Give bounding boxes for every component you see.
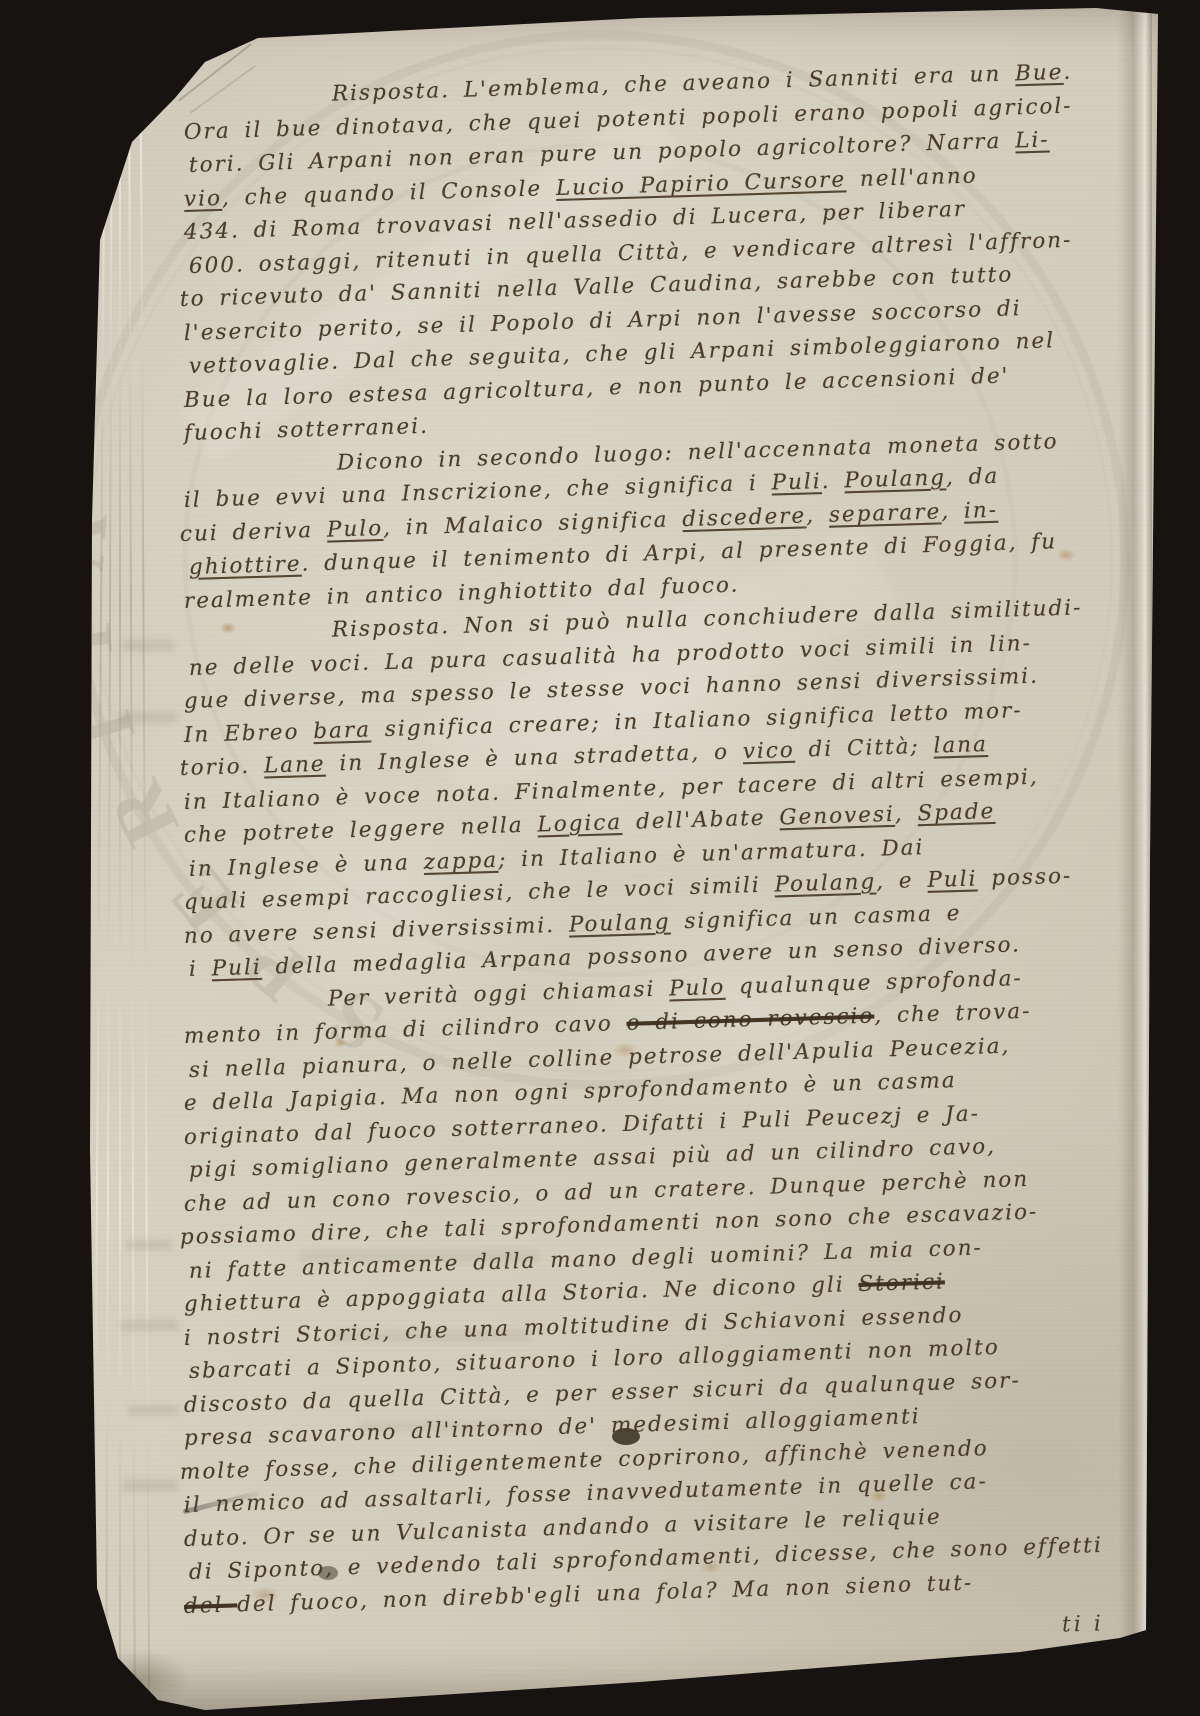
underlined-word: bara — [313, 717, 371, 744]
text-segment: che potrete leggere nella — [184, 813, 538, 848]
text-segment: dell'Abate — [622, 805, 780, 835]
underlined-word: Pulo — [669, 974, 726, 1001]
underlined-word: Genovesi — [779, 802, 895, 830]
page-stack-edge — [140, 118, 150, 1698]
bleed-through-text — [120, 1320, 178, 1331]
text-segment: . — [821, 468, 844, 494]
underlined-word: Logica — [537, 810, 622, 838]
catchword: ti i — [1062, 1611, 1105, 1637]
text-segment: posso- — [977, 864, 1073, 892]
underlined-word: Poulang — [569, 909, 671, 937]
text-segment: i — [189, 956, 212, 982]
manuscript-page: SPERITA — [0, 0, 1200, 1716]
text-segment: in Inglese è una — [189, 850, 424, 882]
underlined-word: lana — [933, 732, 988, 759]
underlined-word: vico — [742, 738, 795, 765]
manuscript-scan: SPERITA — [0, 0, 1200, 1716]
page-stack-edge — [93, 170, 105, 1630]
handwritten-text: Risposta. L'emblema, che aveano i Sannit… — [184, 82, 1144, 1623]
underlined-word: vio — [184, 185, 223, 211]
underlined-word: Puli — [927, 866, 978, 892]
page-stack-edge — [128, 130, 135, 1685]
underlined-word: Puli — [771, 469, 822, 495]
page-stack-edge — [119, 140, 121, 1670]
underlined-word: Lucio Papirio Cursore — [556, 167, 847, 201]
bleed-through-text — [128, 1405, 178, 1415]
text-segment: nell'anno — [846, 163, 978, 192]
struck-word: Storici — [858, 1269, 945, 1297]
struck-word: del — [184, 1592, 238, 1619]
text-segment: Per verità oggi chiamasi — [328, 976, 670, 1011]
underlined-word: in- — [964, 497, 999, 523]
text-segment: cui deriva — [180, 517, 328, 546]
underlined-word: separare — [829, 499, 942, 527]
underlined-word: zappa — [423, 847, 498, 874]
text-segment: In Ebreo — [184, 719, 314, 748]
text-segment: torio. — [180, 754, 265, 781]
page-stack-edge — [105, 150, 112, 1650]
text-segment: , — [806, 502, 829, 528]
bleed-through-text — [118, 712, 178, 723]
text-segment: , e — [876, 868, 928, 895]
underlined-word: Puli — [211, 955, 262, 981]
text-segment: di Città; — [794, 734, 933, 763]
text-segment: , in Malaico significa — [383, 507, 683, 541]
bleed-through-text — [122, 1480, 178, 1491]
text-segment: , che quando il Console — [222, 175, 557, 210]
struck-word: o di cono rovescio — [626, 1004, 874, 1036]
underlined-word: Li- — [1015, 127, 1050, 153]
underlined-word: discedere — [682, 503, 807, 532]
underlined-word: Poulang — [774, 869, 876, 897]
text-segment: , da — [946, 464, 1000, 491]
underlined-word: Bue — [1015, 60, 1064, 86]
underlined-word: ghiottire — [189, 552, 302, 580]
text-segment: significa un casma e — [670, 900, 962, 934]
underlined-word: Lane — [264, 752, 326, 779]
text-segment: . — [1063, 60, 1073, 85]
text-segment: , — [941, 498, 964, 524]
text-segment: fuochi sotterranei. — [184, 414, 430, 446]
text-segment: , che trova- — [874, 999, 1032, 1029]
underlined-word: Pulo — [327, 515, 384, 542]
text-segment: qualunque sprofonda- — [725, 965, 1023, 999]
text-segment: , — [894, 801, 917, 827]
underlined-word: Spade — [917, 799, 996, 826]
underlined-word: Poulang — [844, 465, 946, 493]
